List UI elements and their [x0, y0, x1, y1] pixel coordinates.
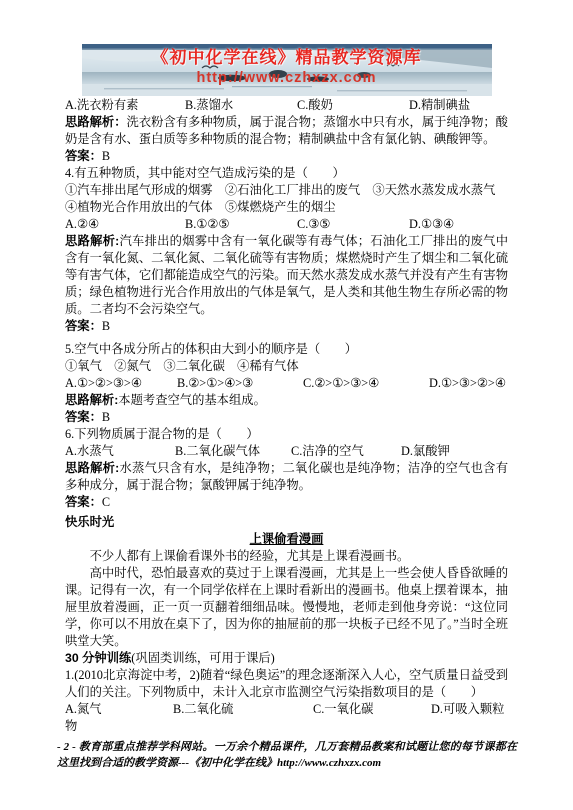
q3-answer: 答案：B: [65, 148, 508, 165]
q6-stem: 6.下列物质属于混合物的是（ ）: [65, 426, 508, 443]
q6-option-d: D.氯酸钾: [401, 444, 450, 458]
training-q1-option-b: B.二氧化硫: [173, 701, 313, 718]
q3-option-b: B.蒸馏水: [185, 97, 297, 114]
q3-analysis-text: 洗衣粉含有多种物质，属于混合物；蒸馏水中只有水，属于纯净物；酸奶是含有水、蛋白质…: [65, 115, 508, 146]
answer-label: 答案：: [65, 410, 102, 424]
fun-story-title: 上课偷看漫画: [65, 531, 508, 548]
training-label: 30 分钟训练: [65, 651, 131, 665]
q3-options-row: A.洗衣粉有素B.蒸馏水C.酸奶D.精制碘盐: [65, 97, 508, 114]
q4-items-line2: ④植物光合作用放出的气体 ⑤煤燃烧产生的烟尘: [65, 199, 508, 216]
banner-title: 《初中化学在线》精品教学资源库: [82, 49, 492, 66]
q5-option-a: A.①>②>③>④: [65, 375, 177, 392]
q3-option-c: C.酸奶: [297, 97, 409, 114]
q4-answer-value: B: [102, 319, 110, 333]
fun-section-label: 快乐时光: [65, 514, 508, 531]
page-footer: - 2 - 教育部重点推荐学科网站。一万余个精品课件，几万套精品教案和试题让您的…: [57, 740, 517, 771]
q5-answer-value: B: [102, 410, 110, 424]
answer-label: 答案：: [65, 495, 102, 509]
footer-text: 教育部重点推荐学科网站。一万余个精品课件，几万套精品教案和试题让您的每节课都在这…: [57, 741, 517, 769]
q5-options-row: A.①>②>③>④B.②>①>④>③C.②>①>③>④D.①>③>②>④: [65, 375, 508, 392]
analysis-label: 思路解析:: [65, 461, 119, 475]
q6-analysis: 思路解析:水蒸气只含有水，是纯净物；二氧化碳也是纯净物；洁净的空气也含有多种成分…: [65, 460, 508, 494]
page-number: - 2 -: [57, 741, 76, 753]
training-q1-option-a: A.氮气: [65, 701, 173, 718]
q5-answer: 答案：B: [65, 409, 508, 426]
document-body: A.洗衣粉有素B.蒸馏水C.酸奶D.精制碘盐 思路解析：洗衣粉含有多种物质，属于…: [65, 97, 508, 735]
q3-answer-value: B: [102, 149, 110, 163]
q3-option-a: A.洗衣粉有素: [65, 97, 185, 114]
q6-answer-value: C: [102, 495, 110, 509]
training-heading: 30 分钟训练(巩固类训练，可用于课后): [65, 650, 508, 667]
q6-analysis-text: 水蒸气只含有水，是纯净物；二氧化碳也是纯净物；洁净的空气也含有多种成分，属于混合…: [65, 461, 508, 492]
q4-options-row: A.②④B.①②⑤C.③⑤D.①③④: [65, 216, 508, 233]
answer-label: 答案：: [65, 319, 102, 333]
q5-analysis-text: 本题考查空气的基本组成。: [118, 393, 266, 407]
q4-option-d: D.①③④: [409, 217, 454, 231]
q4-option-b: B.①②⑤: [185, 216, 297, 233]
training-note: (巩固类训练，可用于课后): [131, 651, 274, 665]
banner-url: http://www.czhxzx.com: [82, 70, 492, 87]
q5-items: ①氧气 ②氮气 ③二氧化碳 ④稀有气体: [65, 358, 508, 375]
training-q1-stem: 1.(2010北京海淀中考，2)随着“绿色奥运”的理念逐渐深入人心，空气质量日益…: [65, 667, 508, 701]
answer-label: 答案：: [65, 149, 102, 163]
fun-story-paragraph-1: 不少人都有上课偷看课外书的经验，尤其是上课看漫画书。: [65, 548, 508, 565]
q5-analysis: 思路解析:本题考查空气的基本组成。: [65, 392, 508, 409]
analysis-label: 思路解析：: [65, 115, 127, 129]
q4-stem: 4.有五种物质，其中能对空气造成污染的是（ ）: [65, 165, 508, 182]
q5-option-d: D.①>③>②>④: [429, 376, 506, 390]
q6-option-a: A.水蒸气: [65, 443, 175, 460]
q4-items-line1: ①汽车排出尾气形成的烟雾 ②石油化工厂排出的废气 ③天然水蒸发成水蒸气: [65, 182, 508, 199]
q4-option-c: C.③⑤: [297, 216, 409, 233]
q3-option-d: D.精制碘盐: [409, 98, 470, 112]
q5-stem: 5.空气中各成分所占的体积由大到小的顺序是（ ）: [65, 341, 508, 358]
q5-option-b: B.②>①>④>③: [177, 375, 303, 392]
training-q1-option-c: C.一氧化碳: [313, 701, 431, 718]
q5-option-c: C.②>①>③>④: [303, 375, 429, 392]
q6-options-row: A.水蒸气B.二氧化碳气体C.洁净的空气D.氯酸钾: [65, 443, 508, 460]
header-banner: 《初中化学在线》精品教学资源库 http://www.czhxzx.com: [82, 44, 492, 96]
analysis-label: 思路解析:: [65, 393, 118, 407]
training-q1-options-row: A.氮气B.二氧化硫C.一氧化碳D.可吸入颗粒物: [65, 701, 508, 735]
q4-analysis-text: 汽车排出的烟雾中含有一氧化碳等有毒气体；石油化工厂排出的废气中含有一氧化氮、二氧…: [65, 234, 508, 316]
q4-answer: 答案：B: [65, 318, 508, 335]
q6-answer: 答案：C: [65, 494, 508, 511]
q6-option-c: C.洁净的空气: [291, 443, 401, 460]
analysis-label: 思路解析:: [65, 234, 119, 248]
fun-story-paragraph-2: 高中时代，恐怕最喜欢的莫过于上课看漫画，尤其是上一些会使人昏昏欲睡的课。记得有一…: [65, 565, 508, 650]
q4-analysis: 思路解析:汽车排出的烟雾中含有一氧化碳等有毒气体；石油化工厂排出的废气中含有一氧…: [65, 233, 508, 318]
q6-option-b: B.二氧化碳气体: [175, 443, 291, 460]
q4-option-a: A.②④: [65, 216, 185, 233]
q3-analysis: 思路解析：洗衣粉含有多种物质，属于混合物；蒸馏水中只有水，属于纯净物；酸奶是含有…: [65, 114, 508, 148]
